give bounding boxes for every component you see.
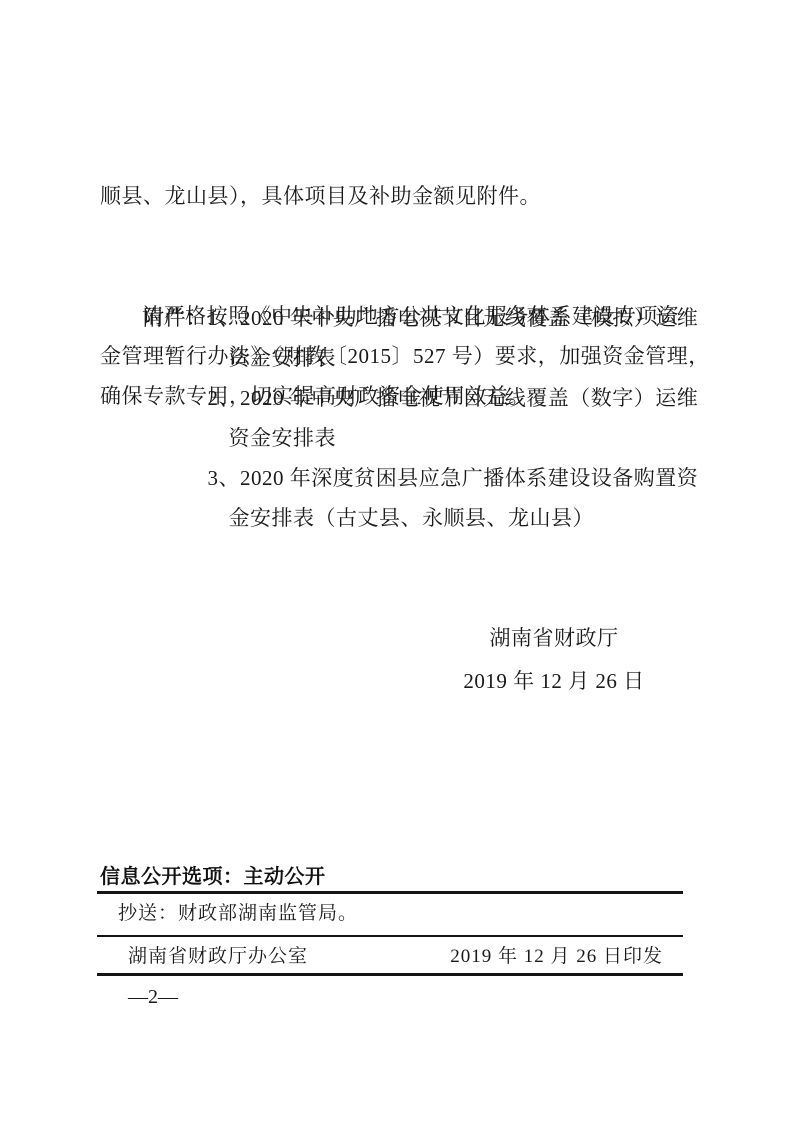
attachment-item-2: 2、2020 年中央广播电视节目无线覆盖（数字）运维 资金安排表: [208, 378, 699, 458]
cc-line: 抄送：财政部湖南监管局。: [118, 902, 358, 926]
disclosure-option-line: 信息公开选项：主动公开: [100, 866, 326, 888]
page-number: —2—: [128, 985, 178, 1009]
issuing-office: 湖南省财政厅办公室: [128, 945, 308, 969]
attachment-item-3: 3、2020 年深度贫困县应急广播体系建设设备购置资 金安排表（古丈县、永顺县、…: [208, 458, 699, 538]
issue-date: 2019 年 12 月 26 日: [404, 660, 704, 703]
document-page: 顺县、龙山县），具体项目及补助金额见附件。 请严格按照《中央补助地方公共文化服务…: [0, 0, 793, 1122]
divider-thick-bottom: [97, 973, 683, 976]
attachments-list: 1、2020 年中央广播电视节目无线覆盖（模拟）运维 资金安排表 2、2020 …: [208, 298, 699, 538]
issuer-name: 湖南省财政厅: [404, 617, 704, 660]
signature-block: 湖南省财政厅 2019 年 12 月 26 日: [404, 617, 704, 703]
print-date: 2019 年 12 月 26 日印发: [450, 945, 663, 969]
divider-thick-top: [97, 891, 683, 894]
attachments-block: 附件： 1、2020 年中央广播电视节目无线覆盖（模拟）运维 资金安排表 2、2…: [143, 298, 698, 538]
divider-thin-middle: [97, 935, 683, 937]
attachment-item-1: 1、2020 年中央广播电视节目无线覆盖（模拟）运维 资金安排表: [208, 298, 699, 378]
attachments-label: 附件：: [143, 298, 208, 338]
paragraph-continuation: 顺县、龙山县），具体项目及补助金额见附件。: [100, 176, 710, 216]
issue-row: 湖南省财政厅办公室 2019 年 12 月 26 日印发: [97, 945, 683, 969]
